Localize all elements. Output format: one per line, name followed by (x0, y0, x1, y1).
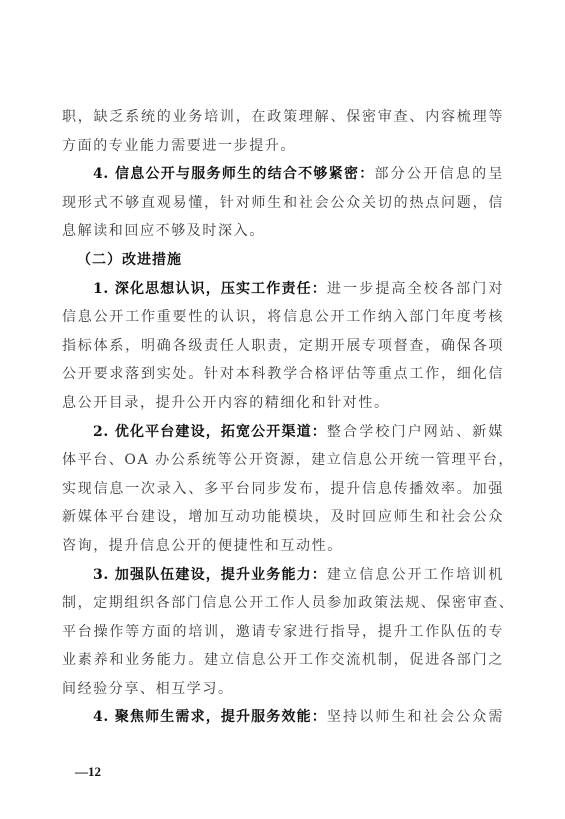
body-line: 信息公开工作重要性的认识，将信息公开工作纳入部门年度考核 (62, 303, 504, 332)
paragraph-first-line: 2. 优化平台建设，拓宽公开渠道：整合学校门户网站、新媒 (62, 418, 504, 447)
paragraph-first-line: 4. 聚焦师生需求，提升服务效能：坚持以师生和社会公众需 (62, 703, 504, 732)
body-line: 体平台、OA 办公系统等公开资源，建立信息公开统一管理平台， (62, 446, 504, 475)
body-line: 实现信息一次录入、多平台同步发布，提升信息传播效率。加强 (62, 475, 504, 504)
paragraph-lead-heading: 1. 深化思想认识，压实工作责任： (93, 281, 327, 297)
paragraph-lead-heading: 4. 信息公开与服务师生的结合不够紧密： (93, 166, 375, 182)
body-line: 制，定期组织各部门信息公开工作人员参加政策法规、保密审查、 (62, 589, 504, 618)
body-line: 指标体系，明确各级责任人职责，定期开展专项督查，确保各项 (62, 332, 504, 361)
paragraph-lead-heading: 2. 优化平台建设，拓宽公开渠道： (93, 424, 327, 440)
body-line: 方面的专业能力需要进一步提升。 (62, 132, 504, 161)
paragraph-lead-text: 整合学校门户网站、新媒 (327, 424, 504, 440)
body-line: 间经验分享、相互学习。 (62, 675, 504, 704)
paragraph-lead-text: 坚持以师生和社会公众需 (327, 709, 504, 725)
paragraph-lead-text: 建立信息公开工作培训机 (327, 567, 504, 583)
paragraph-lead-text: 部分公开信息的呈 (375, 166, 504, 182)
body-line: 息解读和回应不够及时深入。 (62, 217, 504, 246)
page-number: —12 (75, 764, 101, 780)
body-line: 业素养和业务能力。建立信息公开工作交流机制，促进各部门之 (62, 646, 504, 675)
body-line: 咨询，提升信息公开的便捷性和互动性。 (62, 532, 504, 561)
section-heading: （二）改进措施 (62, 246, 504, 275)
body-line: 公开要求落到实处。针对本科教学合格评估等重点工作，细化信 (62, 360, 504, 389)
body-line: 职，缺乏系统的业务培训，在政策理解、保密审查、内容梳理等 (62, 103, 504, 132)
body-line: 息公开目录，提升公开内容的精细化和针对性。 (62, 389, 504, 418)
paragraph-lead-heading: 4. 聚焦师生需求，提升服务效能： (93, 709, 327, 725)
paragraph-first-line: 1. 深化思想认识，压实工作责任：进一步提高全校各部门对 (62, 275, 504, 304)
body-line: 平台操作等方面的培训，邀请专家进行指导，提升工作队伍的专 (62, 618, 504, 647)
paragraph-first-line: 4. 信息公开与服务师生的结合不够紧密：部分公开信息的呈 (62, 160, 504, 189)
paragraph-lead-text: 进一步提高全校各部门对 (327, 281, 504, 297)
body-line: 现形式不够直观易懂，针对师生和社会公众关切的热点问题，信 (62, 189, 504, 218)
paragraph-lead-heading: 3. 加强队伍建设，提升业务能力： (93, 567, 327, 583)
document-page: 职，缺乏系统的业务培训，在政策理解、保密审查、内容梳理等 方面的专业能力需要进一… (62, 103, 504, 732)
paragraph-first-line: 3. 加强队伍建设，提升业务能力：建立信息公开工作培训机 (62, 561, 504, 590)
body-line: 新媒体平台建设，增加互动功能模块，及时回应师生和社会公众 (62, 503, 504, 532)
